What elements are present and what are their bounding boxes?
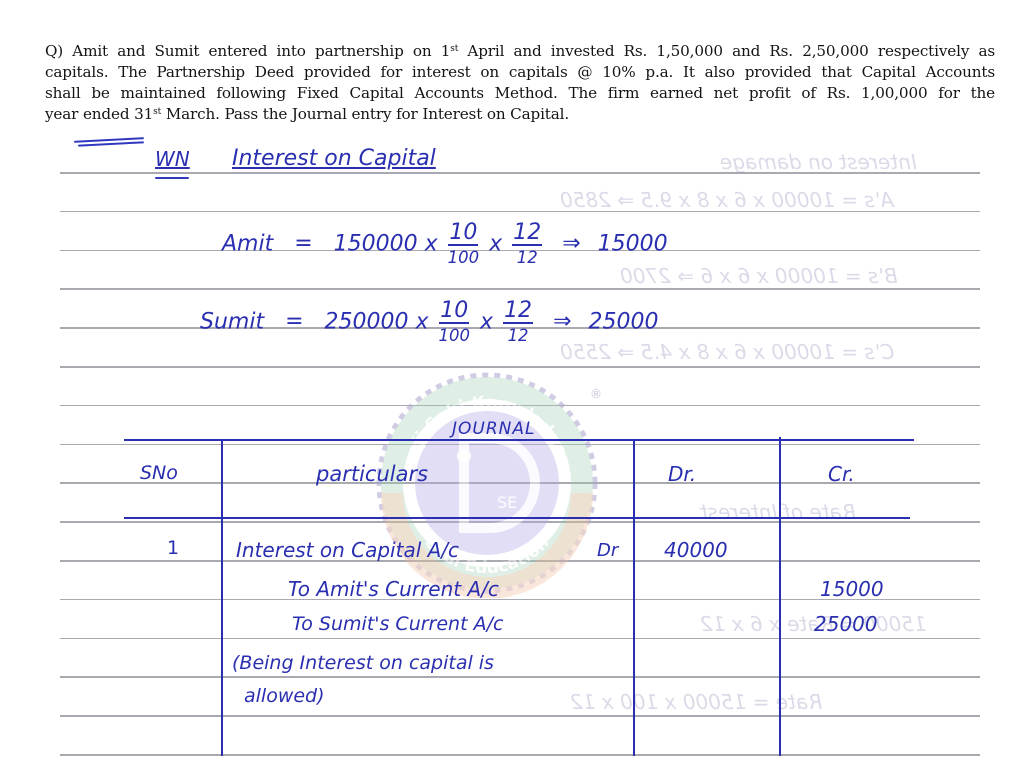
entry-debit-marker: Dr	[597, 540, 618, 561]
svg-text:SE: SE	[497, 493, 517, 512]
working-note-title: Interest on Capital	[232, 146, 436, 171]
bleed-through-text: Interest on damage	[720, 150, 917, 174]
question-text: Q) Amit and Sumit entered into partnersh…	[45, 41, 995, 125]
entry-credit-account: To Amit's Current A/c	[288, 577, 499, 601]
ruled-line	[60, 638, 980, 640]
double-underline	[155, 177, 189, 179]
header-cr: Cr.	[828, 462, 855, 486]
svg-text:®: ®	[590, 387, 602, 401]
amit-interest-result: 15000	[598, 231, 668, 256]
calc-row-sumit: Sumit = 250000 x 10100 x 1212 ⇒ 25000	[200, 300, 659, 345]
sumit-interest-result: 25000	[589, 309, 659, 334]
column-divider-cr	[779, 437, 781, 756]
entry-narration: allowed)	[244, 685, 325, 707]
ruled-line	[60, 288, 980, 290]
question-line-4: year ended 31st March. Pass the Journal …	[45, 104, 995, 125]
header-dr: Dr.	[668, 462, 696, 486]
entry-narration: (Being Interest on capital is	[232, 652, 494, 674]
working-note-label: WN	[155, 147, 190, 171]
ruled-line	[60, 560, 980, 562]
entry-credit-amount: 25000	[814, 612, 878, 636]
calc-row-amit: Amit = 150000 x 10100 x 1212 ⇒ 15000	[222, 222, 668, 267]
ruled-line	[60, 715, 980, 717]
entry-debit-amount: 40000	[664, 538, 728, 562]
bleed-through-text: B's = 10000 x 6 x 6 ⇒ 2700	[620, 264, 898, 288]
column-divider-dr	[633, 439, 635, 756]
entry-credit-account: To Sumit's Current A/c	[292, 613, 503, 635]
bleed-through-text: Rate of Interest	[700, 500, 856, 524]
ruled-line	[60, 676, 980, 678]
ruled-line	[60, 405, 980, 407]
bleed-through-text: Rate = 15000 x 100 x 12	[570, 690, 822, 714]
header-sno: SNo	[140, 462, 178, 484]
entry-sno: 1	[167, 537, 179, 559]
header-particulars: particulars	[316, 462, 428, 486]
entry-credit-amount: 15000	[820, 577, 884, 601]
table-top-border	[124, 439, 914, 441]
ruled-line	[60, 754, 980, 756]
entry-debit-account: Interest on Capital A/c	[236, 538, 459, 562]
column-divider-sno	[221, 439, 223, 756]
ruled-line	[60, 366, 980, 368]
question-line-1: Q) Amit and Sumit entered into partnersh…	[45, 41, 995, 62]
ruled-line	[60, 444, 980, 446]
journal-title: JOURNAL	[452, 419, 535, 439]
question-line-2: capitals. The Partnership Deed provided …	[45, 62, 995, 83]
bleed-through-text: A's = 10000 x 6 x 8 x 9.5 ⇒ 2850	[560, 188, 894, 212]
question-line-3: shall be maintained following Fixed Capi…	[45, 83, 995, 104]
table-header-border	[124, 517, 910, 519]
